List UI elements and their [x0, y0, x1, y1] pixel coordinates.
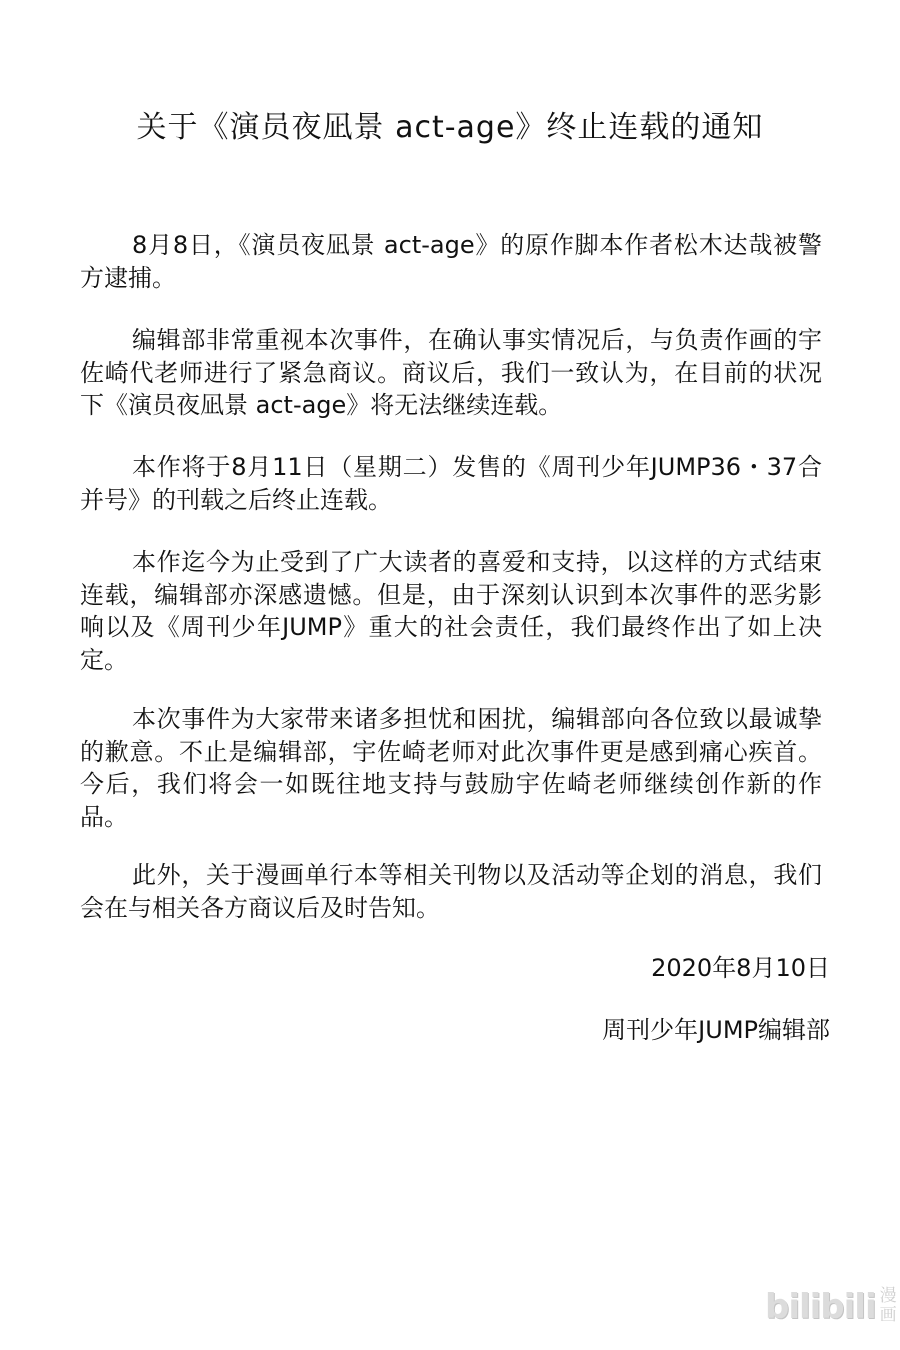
watermark-label: 漫 画 — [880, 1287, 897, 1325]
watermark-label-line1: 漫 — [880, 1287, 897, 1306]
bilibili-logo-icon: bilibili — [765, 1289, 876, 1325]
paragraph-further-info: 此外，关于漫画单行本等相关刊物以及活动等企划的消息，我们会在与相关各方商议后及时… — [80, 859, 822, 924]
paragraph-regret: 本作迄今为止受到了广大读者的喜爱和支持，以这样的方式结束连载，编辑部亦深感遗憾。… — [80, 546, 822, 676]
paragraph-editorial-decision: 编辑部非常重视本次事件，在确认事实情况后，与负责作画的宇佐崎代老师进行了紧急商议… — [80, 324, 822, 422]
notice-title: 关于《演员夜凪景 act-age》终止连载的通知 — [0, 106, 900, 150]
paragraph-arrest: 8月8日，《演员夜凪景 act-age》的原作脚本作者松木达哉被警方逮捕。 — [80, 229, 822, 294]
watermark-label-line2: 画 — [880, 1306, 897, 1325]
bilibili-manga-watermark: bilibili 漫 画 — [765, 1287, 897, 1325]
notice-signature: 周刊少年JUMP编辑部 — [602, 1014, 830, 1046]
notice-page: 关于《演员夜凪景 act-age》终止连载的通知 8月8日，《演员夜凪景 act… — [0, 0, 900, 1350]
paragraph-apology: 本次事件为大家带来诸多担忧和困扰，编辑部向各位致以最诚挚的歉意。不止是编辑部，宇… — [80, 703, 822, 833]
paragraph-final-issue: 本作将于8月11日（星期二）发售的《周刊少年JUMP36・37合并号》的刊载之后… — [80, 451, 822, 516]
notice-date: 2020年8月10日 — [651, 952, 830, 984]
